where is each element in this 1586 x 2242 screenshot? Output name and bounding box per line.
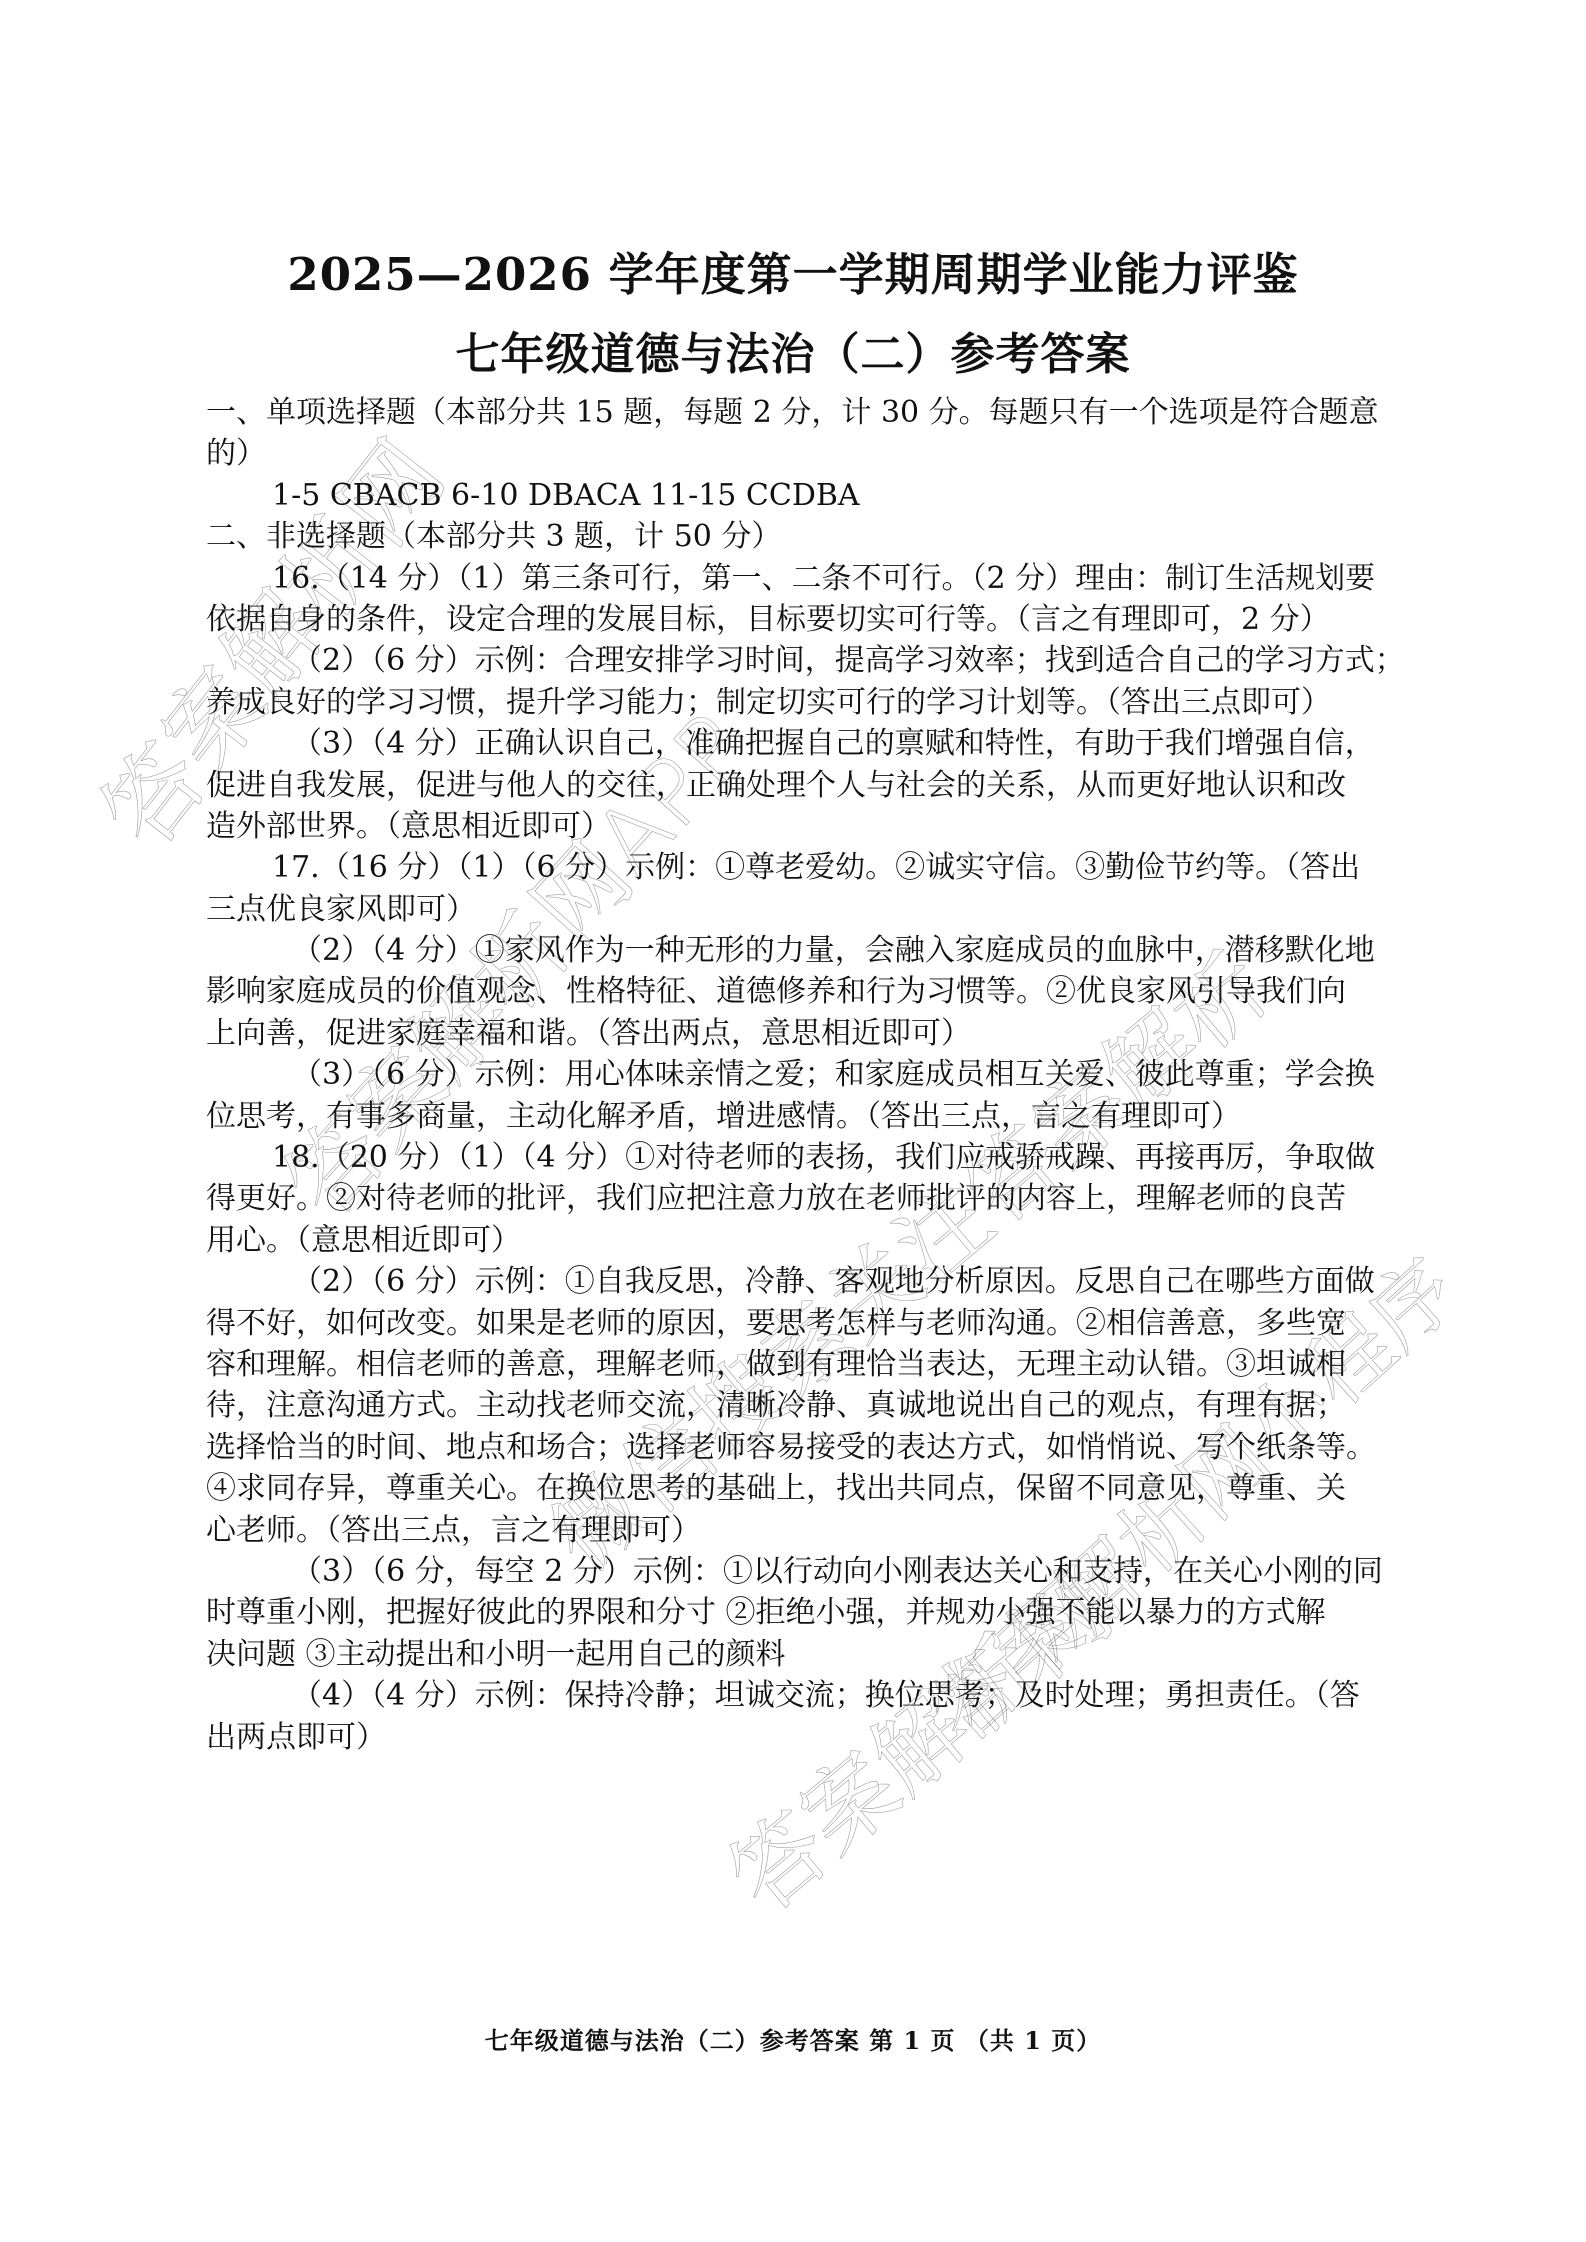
answer-line: ④求同存异，尊重关心。在换位思考的基础上，找出共同点，保留不同意见，尊重、关: [206, 1468, 1380, 1509]
answer-line: 造外部世界。（意思相近即可）: [206, 806, 1380, 847]
answer-line: （2）（4 分）①家风作为一种无形的力量，会融入家庭成员的血脉中，潜移默化地: [206, 930, 1380, 971]
answer-line: 得不好，如何改变。如果是老师的原因，要思考怎样与老师沟通。②相信善意，多些宽: [206, 1303, 1380, 1344]
answer-line: 时尊重小刚，把握好彼此的界限和分寸 ②拒绝小强，并规劝小强不能以暴力的方式解: [206, 1592, 1380, 1633]
answer-key-page: 2025—2026 学年度第一学期周期学业能力评鉴 七年级道德与法治（二）参考答…: [0, 0, 1586, 2242]
answer-line: 位思考，有事多商量，主动化解矛盾，增进感情。（答出三点，言之有理即可）: [206, 1096, 1380, 1137]
answer-line: （3）（6 分，每空 2 分）示例：①以行动向小刚表达关心和支持，在关心小刚的同: [206, 1551, 1380, 1592]
answer-line: 待，注意沟通方式。主动找老师交流，清晰冷静、真诚地说出自己的观点，有理有据；: [206, 1385, 1380, 1426]
answer-line: 上向善，促进家庭幸福和谐。（答出两点，意思相近即可）: [206, 1013, 1380, 1054]
answer-line: 影响家庭成员的价值观念、性格特征、道德修养和行为习惯等。②优良家风引导我们向: [206, 971, 1380, 1012]
answer-line: （3）（6 分）示例：用心体味亲情之爱；和家庭成员相互关爱、彼此尊重；学会换: [206, 1054, 1380, 1095]
answer-line: 决问题 ③主动提出和小明一起用自己的颜料: [206, 1634, 1380, 1675]
answer-line: 16.（14 分）（1）第三条可行，第一、二条不可行。（2 分）理由：制订生活规…: [206, 558, 1380, 599]
answer-line: （2）（6 分）示例：合理安排学习时间，提高学习效率；找到适合自己的学习方式；: [206, 640, 1380, 681]
answer-line: 1-5 CBACB 6-10 DBACA 11-15 CCDBA: [206, 475, 1380, 516]
answer-line: 用心。（意思相近即可）: [206, 1220, 1380, 1261]
answer-line: （4）（4 分）示例：保持冷静；坦诚交流；换位思考；及时处理；勇担责任。（答: [206, 1675, 1380, 1716]
answer-line: 二、非选择题（本部分共 3 题，计 50 分）: [206, 516, 1380, 557]
answer-line: 养成良好的学习习惯，提升学习能力；制定切实可行的学习计划等。（答出三点即可）: [206, 682, 1380, 723]
page-footer: 七年级道德与法治（二）参考答案 第 1 页 （共 1 页）: [0, 2021, 1586, 2056]
answer-line: 18.（20 分）（1）（4 分）①对待老师的表扬，我们应戒骄戒躁、再接再厉，争…: [206, 1137, 1380, 1178]
answer-line: 促进自我发展，促进与他人的交往，正确处理个人与社会的关系，从而更好地认识和改: [206, 765, 1380, 806]
answer-line: 的）: [206, 433, 1380, 474]
answer-line: 依据自身的条件，设定合理的发展目标，目标要切实可行等。（言之有理即可，2 分）: [206, 599, 1380, 640]
answer-line: 17.（16 分）（1）（6 分）示例：①尊老爱幼。②诚实守信。③勤俭节约等。（…: [206, 847, 1380, 888]
document-subtitle: 七年级道德与法治（二）参考答案: [0, 318, 1586, 382]
document-title: 2025—2026 学年度第一学期周期学业能力评鉴: [0, 238, 1586, 303]
answer-body: 一、单项选择题（本部分共 15 题，每题 2 分，计 30 分。每题只有一个选项…: [206, 392, 1380, 1758]
answer-line: （2）（6 分）示例：①自我反思，冷静、客观地分析原因。反思自己在哪些方面做: [206, 1261, 1380, 1302]
answer-line: 三点优良家风即可）: [206, 889, 1380, 930]
answer-line: 得更好。②对待老师的批评，我们应把注意力放在老师批评的内容上，理解老师的良苦: [206, 1178, 1380, 1219]
answer-line: （3）（4 分）正确认识自己，准确把握自己的禀赋和特性，有助于我们增强自信，: [206, 723, 1380, 764]
answer-line: 容和理解。相信老师的善意，理解老师，做到有理恰当表达，无理主动认错。③坦诚相: [206, 1344, 1380, 1385]
answer-line: 出两点即可）: [206, 1717, 1380, 1758]
answer-line: 一、单项选择题（本部分共 15 题，每题 2 分，计 30 分。每题只有一个选项…: [206, 392, 1380, 433]
answer-line: 选择恰当的时间、地点和场合；选择老师容易接受的表达方式，如悄悄说、写个纸条等。: [206, 1427, 1380, 1468]
answer-line: 心老师。（答出三点，言之有理即可）: [206, 1510, 1380, 1551]
